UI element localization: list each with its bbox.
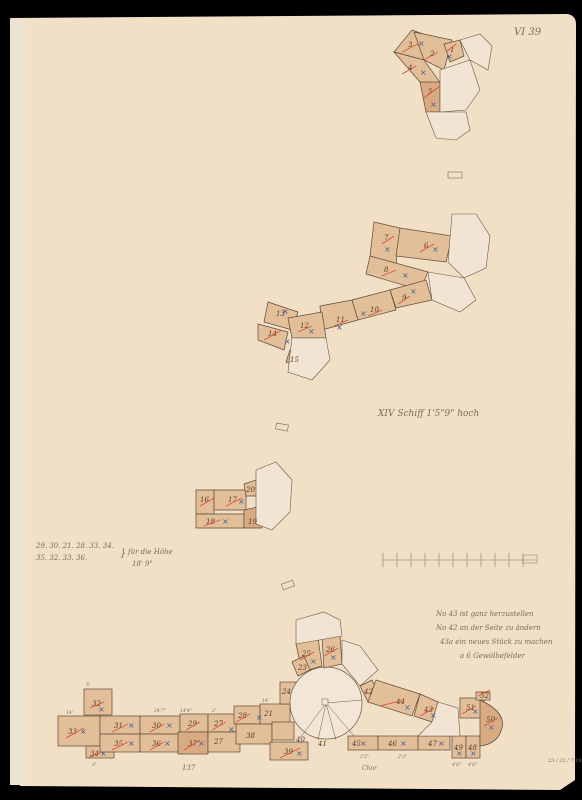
svg-text:21: 21 — [263, 710, 273, 718]
svg-text:×: × — [284, 337, 291, 346]
svg-text:×: × — [98, 705, 105, 714]
svg-text:2'3": 2'3" — [397, 754, 407, 760]
svg-text:14': 14' — [262, 698, 269, 704]
corner-mark: 23 / 22 / 7.18 — [547, 758, 582, 764]
svg-text:×: × — [282, 307, 289, 316]
svg-text:×: × — [410, 287, 417, 296]
drawing-sheet: VI 39 3 2 1 4 5 × × × × — [0, 0, 582, 800]
svg-text:5': 5' — [86, 682, 90, 688]
svg-text:×: × — [446, 52, 453, 61]
svg-text:}: } — [120, 548, 126, 559]
svg-text:×: × — [360, 309, 367, 318]
svg-text:38: 38 — [246, 732, 255, 740]
svg-text:×: × — [330, 653, 337, 662]
svg-text:×: × — [432, 245, 439, 254]
svg-text:×: × — [384, 245, 391, 254]
svg-text:35. 32. 33. 36.: 35. 32. 33. 36. — [36, 554, 87, 562]
svg-text:×: × — [256, 713, 263, 722]
svg-text:19: 19 — [248, 518, 257, 526]
svg-text:×: × — [100, 749, 107, 758]
ship-height-note: XIV Schiff 1'5"9" hoch — [377, 409, 479, 419]
svg-text:×: × — [164, 739, 171, 748]
svg-text:46: 46 — [387, 740, 397, 748]
svg-text:23: 23 — [297, 664, 307, 672]
svg-text:41: 41 — [317, 740, 327, 748]
svg-text:27: 27 — [213, 738, 223, 746]
svg-text:×: × — [310, 657, 317, 666]
svg-text:×: × — [430, 711, 437, 720]
svg-text:×: × — [470, 749, 477, 758]
svg-text:24'7": 24'7" — [153, 708, 166, 714]
svg-text:×: × — [430, 100, 437, 109]
svg-text:40: 40 — [295, 736, 305, 744]
svg-text:4'6": 4'6" — [451, 762, 461, 768]
svg-text:No 42 an der Seite zu ändern: No 42 an der Seite zu ändern — [435, 624, 541, 632]
svg-text:×: × — [296, 749, 303, 758]
svg-text:×: × — [456, 749, 463, 758]
svg-text:2': 2' — [211, 708, 216, 714]
svg-text:24: 24 — [281, 688, 291, 696]
svg-text:14': 14' — [66, 710, 73, 716]
choir-label: Chor — [362, 765, 378, 772]
svg-text:×: × — [166, 721, 173, 730]
svg-text:18' 9": 18' 9" — [132, 560, 153, 568]
total-mark: 137 — [182, 764, 196, 772]
svg-text:×: × — [472, 707, 479, 716]
svg-text:42: 42 — [363, 688, 373, 696]
svg-text:2'2": 2'2" — [359, 754, 369, 760]
svg-text:4'6": 4'6" — [467, 762, 477, 768]
svg-text:47: 47 — [427, 740, 437, 748]
svg-text:43a ein neues Stück zu machen: 43a ein neues Stück zu machen — [439, 638, 553, 646]
svg-text:×: × — [222, 517, 229, 526]
svg-text:×: × — [418, 39, 425, 48]
paper-left-margin — [10, 20, 26, 785]
svg-text:52: 52 — [480, 692, 489, 700]
svg-text:×: × — [404, 703, 411, 712]
sheet-mark: VI 39 — [514, 27, 542, 38]
paper-sheet — [10, 14, 576, 790]
svg-text:×: × — [420, 68, 427, 77]
svg-text:für die Höhe: für die Höhe — [127, 548, 173, 556]
svg-text:3': 3' — [92, 762, 96, 768]
svg-text:No 43 ist ganz herzustellen: No 43 ist ganz herzustellen — [435, 610, 534, 618]
svg-text:×: × — [308, 327, 315, 336]
svg-text:15: 15 — [290, 356, 299, 364]
svg-text:×: × — [402, 271, 409, 280]
svg-text:×: × — [128, 721, 135, 730]
svg-text:a 6 Gewölbefelder: a 6 Gewölbefelder — [460, 652, 525, 660]
svg-text:×: × — [488, 723, 495, 732]
svg-text:×: × — [360, 739, 367, 748]
svg-text:×: × — [400, 739, 407, 748]
svg-text:29. 30. 21. 28. 33. 34.: 29. 30. 21. 28. 33. 34. — [35, 542, 114, 550]
svg-text:×: × — [438, 739, 445, 748]
svg-text:8: 8 — [384, 266, 389, 274]
svg-text:20: 20 — [245, 486, 255, 494]
svg-text:×: × — [228, 725, 235, 734]
svg-text:×: × — [128, 739, 135, 748]
svg-text:14'4": 14'4" — [180, 708, 192, 714]
